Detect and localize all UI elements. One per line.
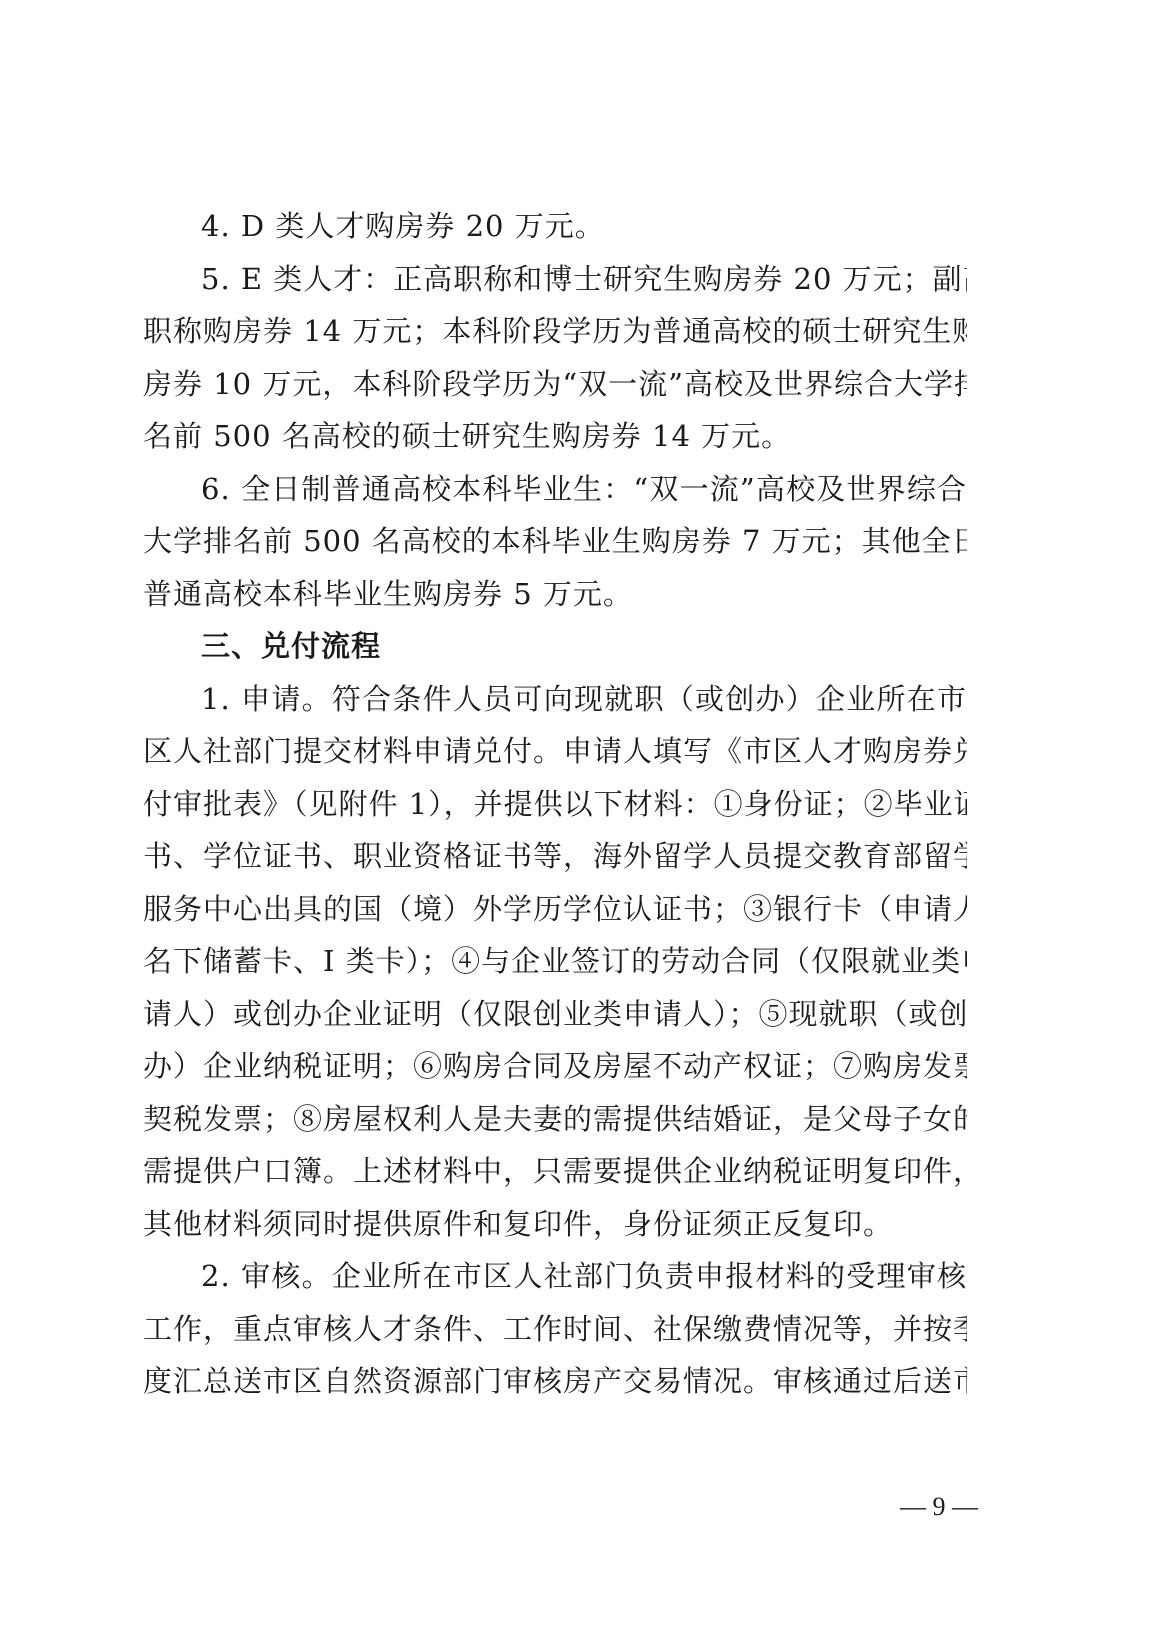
- text-line: 名下储蓄卡、I 类卡）；④与企业签订的劳动合同（仅限就业类申: [143, 935, 967, 988]
- text-line: 1. 申请。符合条件人员可向现就职（或创办）企业所在市: [143, 673, 967, 726]
- text-line: 名前 500 名高校的硕士研究生购房券 14 万元。: [143, 410, 967, 463]
- text-line: 4. D 类人才购房券 20 万元。: [143, 200, 967, 253]
- document-body: 4. D 类人才购房券 20 万元。 5. E 类人才：正高职称和博士研究生购房…: [143, 200, 967, 1408]
- text-line: 5. E 类人才：正高职称和博士研究生购房券 20 万元；副高: [143, 253, 967, 306]
- page-number: — 9 —: [900, 1492, 978, 1522]
- text-line: 普通高校本科毕业生购房券 5 万元。: [143, 568, 967, 621]
- text-line: 需提供户口簿。上述材料中，只需要提供企业纳税证明复印件，: [143, 1145, 967, 1198]
- text-line: 请人）或创办企业证明（仅限创业类申请人）；⑤现就职（或创: [143, 988, 967, 1041]
- section-heading: 三、兑付流程: [143, 620, 967, 673]
- text-line: 房券 10 万元，本科阶段学历为“双一流”高校及世界综合大学排: [143, 358, 967, 411]
- text-line: 工作，重点审核人才条件、工作时间、社保缴费情况等，并按季: [143, 1303, 967, 1356]
- text-line: 度汇总送市区自然资源部门审核房产交易情况。审核通过后送市: [143, 1355, 967, 1408]
- text-line: 6. 全日制普通高校本科毕业生：“双一流”高校及世界综合: [143, 463, 967, 516]
- text-line: 办）企业纳税证明；⑥购房合同及房屋不动产权证；⑦购房发票、: [143, 1040, 967, 1093]
- text-line: 书、学位证书、职业资格证书等，海外留学人员提交教育部留学: [143, 830, 967, 883]
- text-line: 区人社部门提交材料申请兑付。申请人填写《市区人才购房券兑: [143, 725, 967, 778]
- text-line: 2. 审核。企业所在市区人社部门负责申报材料的受理审核: [143, 1250, 967, 1303]
- text-line: 服务中心出具的国（境）外学历学位认证书；③银行卡（申请人: [143, 883, 967, 936]
- text-line: 大学排名前 500 名高校的本科毕业生购房券 7 万元；其他全日制: [143, 515, 967, 568]
- text-line: 付审批表》（见附件 1），并提供以下材料：①身份证；②毕业证: [143, 778, 967, 831]
- text-line: 职称购房券 14 万元；本科阶段学历为普通高校的硕士研究生购: [143, 305, 967, 358]
- text-line: 契税发票；⑧房屋权利人是夫妻的需提供结婚证，是父母子女的: [143, 1093, 967, 1146]
- text-line: 其他材料须同时提供原件和复印件，身份证须正反复印。: [143, 1198, 967, 1251]
